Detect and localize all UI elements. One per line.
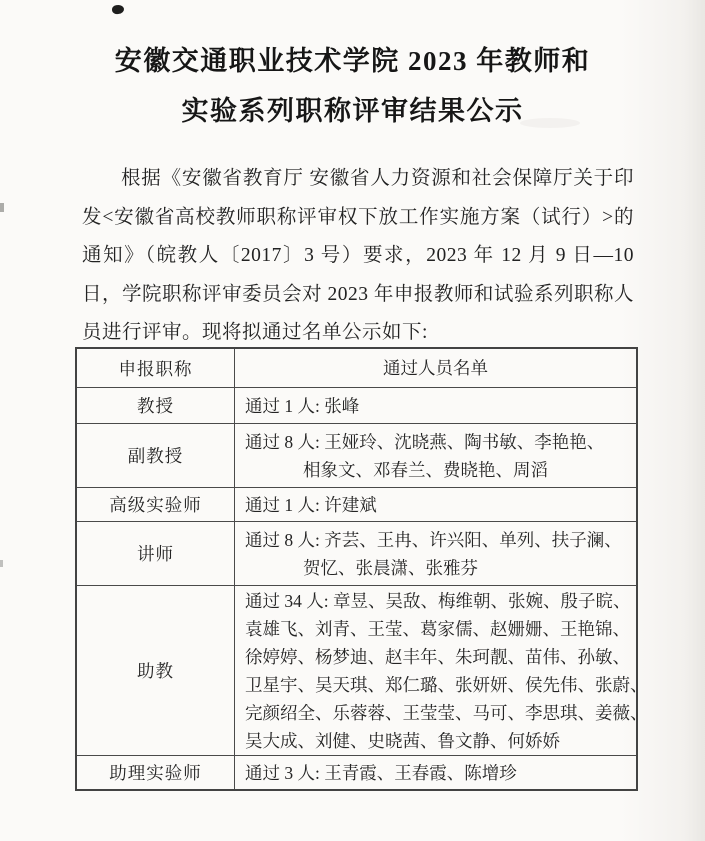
scan-artifact-speck (111, 4, 124, 15)
names-line: 通过 3 人: 王青霞、王春霞、陈增珍 (245, 759, 630, 787)
header-cell-namelist: 通过人员名单 (235, 349, 636, 387)
names-line: 卫星宇、吴天琪、郑仁璐、张妍妍、侯先伟、张蔚、 (245, 671, 648, 699)
intro-paragraph: 根据《安徽省教育厅 安徽省人力资源和社会保障厅关于印发<安徽省高校教师职称评审权… (82, 160, 634, 353)
names-line: 袁雄飞、刘青、王莹、葛家儒、赵姗姗、王艳锦、 (245, 615, 648, 643)
table-row: 教授 通过 1 人: 张峰 (77, 387, 636, 423)
table-row: 讲师 通过 8 人: 齐芸、王冉、许兴阳、单列、扶子澜、 贺忆、张晨潇、张雅芬 (77, 521, 636, 585)
names-line: 吴大成、刘健、史晓茜、鲁文静、何娇娇 (245, 727, 648, 755)
names-line: 通过 8 人: 齐芸、王冉、许兴阳、单列、扶子澜、 (245, 526, 630, 554)
scanned-document-page: 安徽交通职业技术学院 2023 年教师和 实验系列职称评审结果公示 根据《安徽省… (0, 0, 705, 841)
document-title-line1: 安徽交通职业技术学院 2023 年教师和 (0, 36, 705, 86)
header-cell-title: 申报职称 (77, 349, 235, 387)
names-line: 通过 34 人: 章昱、吴敌、梅维朝、张婉、殷子睆、 (245, 587, 648, 615)
row-title-cell: 教授 (77, 388, 235, 423)
row-names-cell: 通过 8 人: 王娅玲、沈晓燕、陶书敏、李艳艳、 相象文、邓春兰、费晓艳、周滔 (235, 424, 636, 487)
names-line: 通过 1 人: 许建斌 (245, 491, 630, 519)
row-title-cell: 高级实验师 (77, 488, 235, 521)
scan-artifact-edge-mark (0, 203, 4, 212)
row-names-cell: 通过 1 人: 许建斌 (235, 488, 636, 521)
names-line: 完颜绍全、乐蓉蓉、王莹莹、马可、李思琪、姜薇、 (245, 699, 648, 727)
table-row: 副教授 通过 8 人: 王娅玲、沈晓燕、陶书敏、李艳艳、 相象文、邓春兰、费晓艳… (77, 423, 636, 487)
table-row: 助理实验师 通过 3 人: 王青霞、王春霞、陈增珍 (77, 755, 636, 789)
row-names-cell: 通过 34 人: 章昱、吴敌、梅维朝、张婉、殷子睆、 袁雄飞、刘青、王莹、葛家儒… (235, 586, 654, 755)
names-line: 通过 1 人: 张峰 (245, 392, 630, 420)
names-line: 徐婷婷、杨梦迪、赵丰年、朱珂靓、苗伟、孙敏、 (245, 643, 648, 671)
row-title-cell: 助理实验师 (77, 756, 235, 789)
approval-results-table: 申报职称 通过人员名单 教授 通过 1 人: 张峰 副教授 通过 8 人: 王娅… (75, 347, 638, 791)
row-title-cell: 助教 (77, 586, 235, 755)
names-line: 贺忆、张晨潇、张雅芬 (245, 554, 630, 582)
table-row: 助教 通过 34 人: 章昱、吴敌、梅维朝、张婉、殷子睆、 袁雄飞、刘青、王莹、… (77, 585, 636, 755)
row-title-cell: 讲师 (77, 522, 235, 585)
row-names-cell: 通过 3 人: 王青霞、王春霞、陈增珍 (235, 756, 636, 789)
names-line: 通过 8 人: 王娅玲、沈晓燕、陶书敏、李艳艳、 (245, 428, 630, 456)
table-header-row: 申报职称 通过人员名单 (77, 349, 636, 387)
names-line: 相象文、邓春兰、费晓艳、周滔 (245, 456, 630, 484)
row-names-cell: 通过 8 人: 齐芸、王冉、许兴阳、单列、扶子澜、 贺忆、张晨潇、张雅芬 (235, 522, 636, 585)
scan-artifact-edge-mark (0, 560, 3, 567)
document-title: 安徽交通职业技术学院 2023 年教师和 实验系列职称评审结果公示 (0, 36, 705, 136)
document-title-line2: 实验系列职称评审结果公示 (0, 86, 705, 136)
header-cell-namelist-text: 通过人员名单 (383, 354, 488, 382)
table-row: 高级实验师 通过 1 人: 许建斌 (77, 487, 636, 521)
row-title-cell: 副教授 (77, 424, 235, 487)
row-names-cell: 通过 1 人: 张峰 (235, 388, 636, 423)
